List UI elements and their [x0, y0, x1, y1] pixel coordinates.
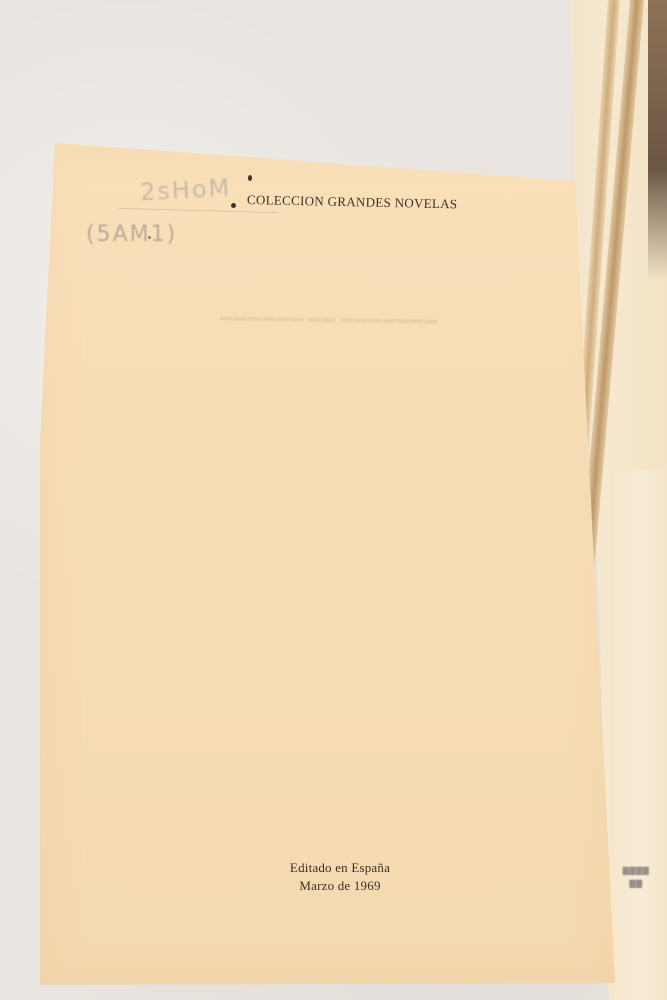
faded-heading: ▬▬▬▬▬▬ ▬▬ ▬▬▬▬▬▬▬	[220, 308, 439, 327]
ink-dot	[248, 175, 252, 181]
book-cover-edge	[648, 0, 667, 280]
ink-dot	[148, 236, 151, 239]
next-page-edge	[610, 470, 667, 1000]
colophon-date-line: Marzo de 1969	[240, 877, 440, 895]
ink-dot	[231, 203, 236, 208]
pencil-note: 2sHoM	[139, 174, 232, 207]
pencil-note: (5AM1)	[86, 222, 177, 247]
colophon: Editado en España Marzo de 1969	[240, 859, 440, 895]
colophon-publisher-line: Editado en España	[240, 859, 440, 877]
faint-stamp: ▇▇▇▇▇▇	[616, 864, 656, 890]
